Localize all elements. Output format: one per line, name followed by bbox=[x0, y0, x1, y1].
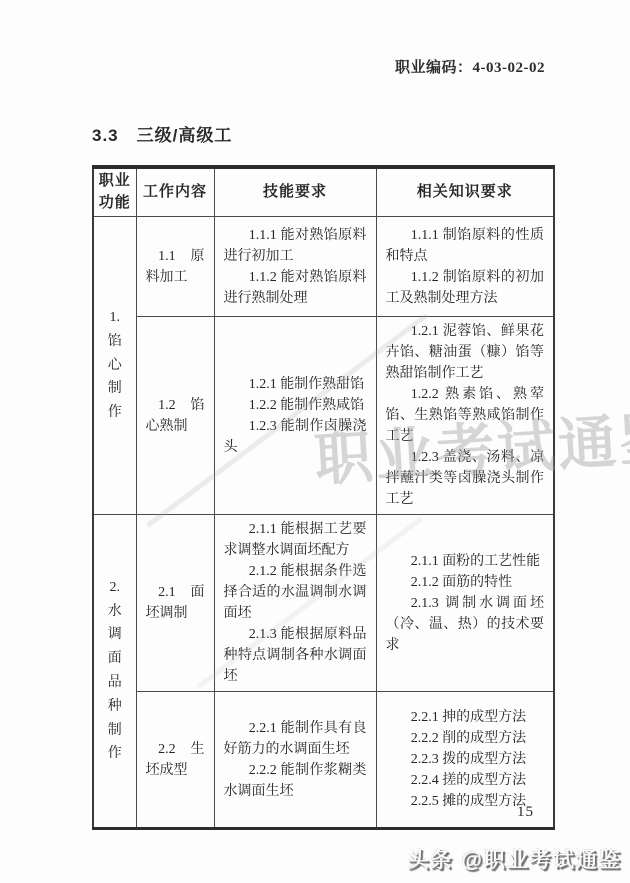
skill-item: 2.1.2 能根据条件选择合适的水温调制水调面坯 bbox=[224, 561, 367, 624]
section-heading: 3.3 三级/高级工 bbox=[92, 121, 232, 146]
skill-item: 2.2.2 能制作浆糊类水调面生坯 bbox=[224, 760, 367, 802]
knowledge-item: 1.2.2 熟素馅、熟荤馅、生熟馅等熟咸馅制作工艺 bbox=[386, 384, 545, 447]
knowledge-cell: 1.2.1 泥蓉馅、鲜果花卉馅、糖油蛋（糠）馅等熟甜馅制作工艺 1.2.2 熟素… bbox=[376, 317, 554, 515]
knowledge-item: 2.2.1 抻的成型方法 bbox=[386, 707, 545, 728]
knowledge-item: 2.2.3 拨的成型方法 bbox=[386, 749, 545, 770]
knowledge-cell: 1.1.1 制馅原料的性质和特点 1.1.2 制馅原料的初加工及熟制处理方法 bbox=[376, 217, 554, 317]
skill-item: 1.2.1 能制作熟甜馅 bbox=[224, 374, 367, 395]
task-label: 1.2 馅心熟制 bbox=[146, 395, 205, 437]
task-cell: 1.1 原料加工 bbox=[136, 217, 214, 317]
table-row: 2.2 生坯成型 2.2.1 能制作具有良好筋力的水调面生坯 2.2.2 能制作… bbox=[93, 692, 554, 829]
table-header-row: 职业功能 工作内容 技能要求 相关知识要求 bbox=[93, 167, 554, 217]
table-row: 2. 水调面品种制作 2.1 面坯调制 2.1.1 能根据工艺要求调整水调面坯配… bbox=[93, 515, 554, 692]
function-cell: 2. 水调面品种制作 bbox=[93, 515, 136, 829]
knowledge-item: 2.1.1 面粉的工艺性能 bbox=[386, 551, 545, 572]
task-cell: 2.2 生坯成型 bbox=[136, 692, 214, 829]
skill-item: 1.2.2 能制作熟咸馅 bbox=[224, 395, 367, 416]
skills-cell: 2.1.1 能根据工艺要求调整水调面坯配方 2.1.2 能根据条件选择合适的水温… bbox=[214, 515, 376, 692]
column-header-knowledge: 相关知识要求 bbox=[376, 167, 554, 217]
knowledge-item: 2.2.4 搓的成型方法 bbox=[386, 770, 545, 791]
column-header-task: 工作内容 bbox=[136, 167, 214, 217]
knowledge-item: 1.2.1 泥蓉馅、鲜果花卉馅、糖油蛋（糠）馅等熟甜馅制作工艺 bbox=[386, 321, 545, 384]
skills-cell: 1.2.1 能制作熟甜馅 1.2.2 能制作熟咸馅 1.2.3 能制作卤臊浇头 bbox=[214, 317, 376, 515]
knowledge-item: 1.2.3 盖浇、汤料、凉拌蘸汁类等卤臊浇头制作工艺 bbox=[386, 447, 545, 510]
task-label: 1.1 原料加工 bbox=[146, 246, 205, 288]
page-number: 15 bbox=[517, 804, 534, 821]
skill-item: 2.1.1 能根据工艺要求调整水调面坯配方 bbox=[224, 519, 367, 561]
knowledge-item: 2.1.2 面筋的特性 bbox=[386, 572, 545, 593]
knowledge-cell: 2.1.1 面粉的工艺性能 2.1.2 面筋的特性 2.1.3 调制水调面坯（冷… bbox=[376, 515, 554, 692]
task-label: 2.1 面坯调制 bbox=[146, 582, 205, 624]
document-page: 职业编码：4-03-02-02 3.3 三级/高级工 职业功能 工作内容 技能要… bbox=[0, 0, 630, 883]
skill-requirements-table: 职业功能 工作内容 技能要求 相关知识要求 1. 馅心制作 1.1 原料加工 1… bbox=[92, 165, 555, 830]
table-row: 1.2 馅心熟制 1.2.1 能制作熟甜馅 1.2.2 能制作熟咸馅 1.2.3… bbox=[93, 317, 554, 515]
knowledge-item: 2.2.2 削的成型方法 bbox=[386, 728, 545, 749]
column-header-skills: 技能要求 bbox=[214, 167, 376, 217]
table-row: 1. 馅心制作 1.1 原料加工 1.1.1 能对熟馅原料进行初加工 1.1.2… bbox=[93, 217, 554, 317]
skill-item: 1.2.3 能制作卤臊浇头 bbox=[224, 416, 367, 458]
knowledge-item: 2.1.3 调制水调面坯（冷、温、热）的技术要求 bbox=[386, 593, 545, 656]
skill-item: 1.1.1 能对熟馅原料进行初加工 bbox=[224, 225, 367, 267]
footer-watermark: 头条 @职业考试通鉴 bbox=[408, 844, 622, 874]
task-label: 2.2 生坯成型 bbox=[146, 739, 205, 781]
skills-cell: 2.2.1 能制作具有良好筋力的水调面生坯 2.2.2 能制作浆糊类水调面生坯 bbox=[214, 692, 376, 829]
knowledge-item: 1.1.1 制馅原料的性质和特点 bbox=[386, 225, 545, 267]
function-label: 1. 馅心制作 bbox=[106, 306, 123, 425]
knowledge-item: 1.1.2 制馅原料的初加工及熟制处理方法 bbox=[386, 267, 545, 309]
skill-item: 1.1.2 能对熟馅原料进行熟制处理 bbox=[224, 267, 367, 309]
occupation-code: 职业编码：4-03-02-02 bbox=[395, 56, 545, 77]
column-header-function: 职业功能 bbox=[93, 167, 136, 217]
skill-item: 2.1.3 能根据原料品种特点调制各种水调面坯 bbox=[224, 624, 367, 687]
skill-item: 2.2.1 能制作具有良好筋力的水调面生坯 bbox=[224, 718, 367, 760]
task-cell: 1.2 馅心熟制 bbox=[136, 317, 214, 515]
task-cell: 2.1 面坯调制 bbox=[136, 515, 214, 692]
skills-cell: 1.1.1 能对熟馅原料进行初加工 1.1.2 能对熟馅原料进行熟制处理 bbox=[214, 217, 376, 317]
function-label: 2. 水调面品种制作 bbox=[106, 576, 123, 766]
function-cell: 1. 馅心制作 bbox=[93, 217, 136, 515]
